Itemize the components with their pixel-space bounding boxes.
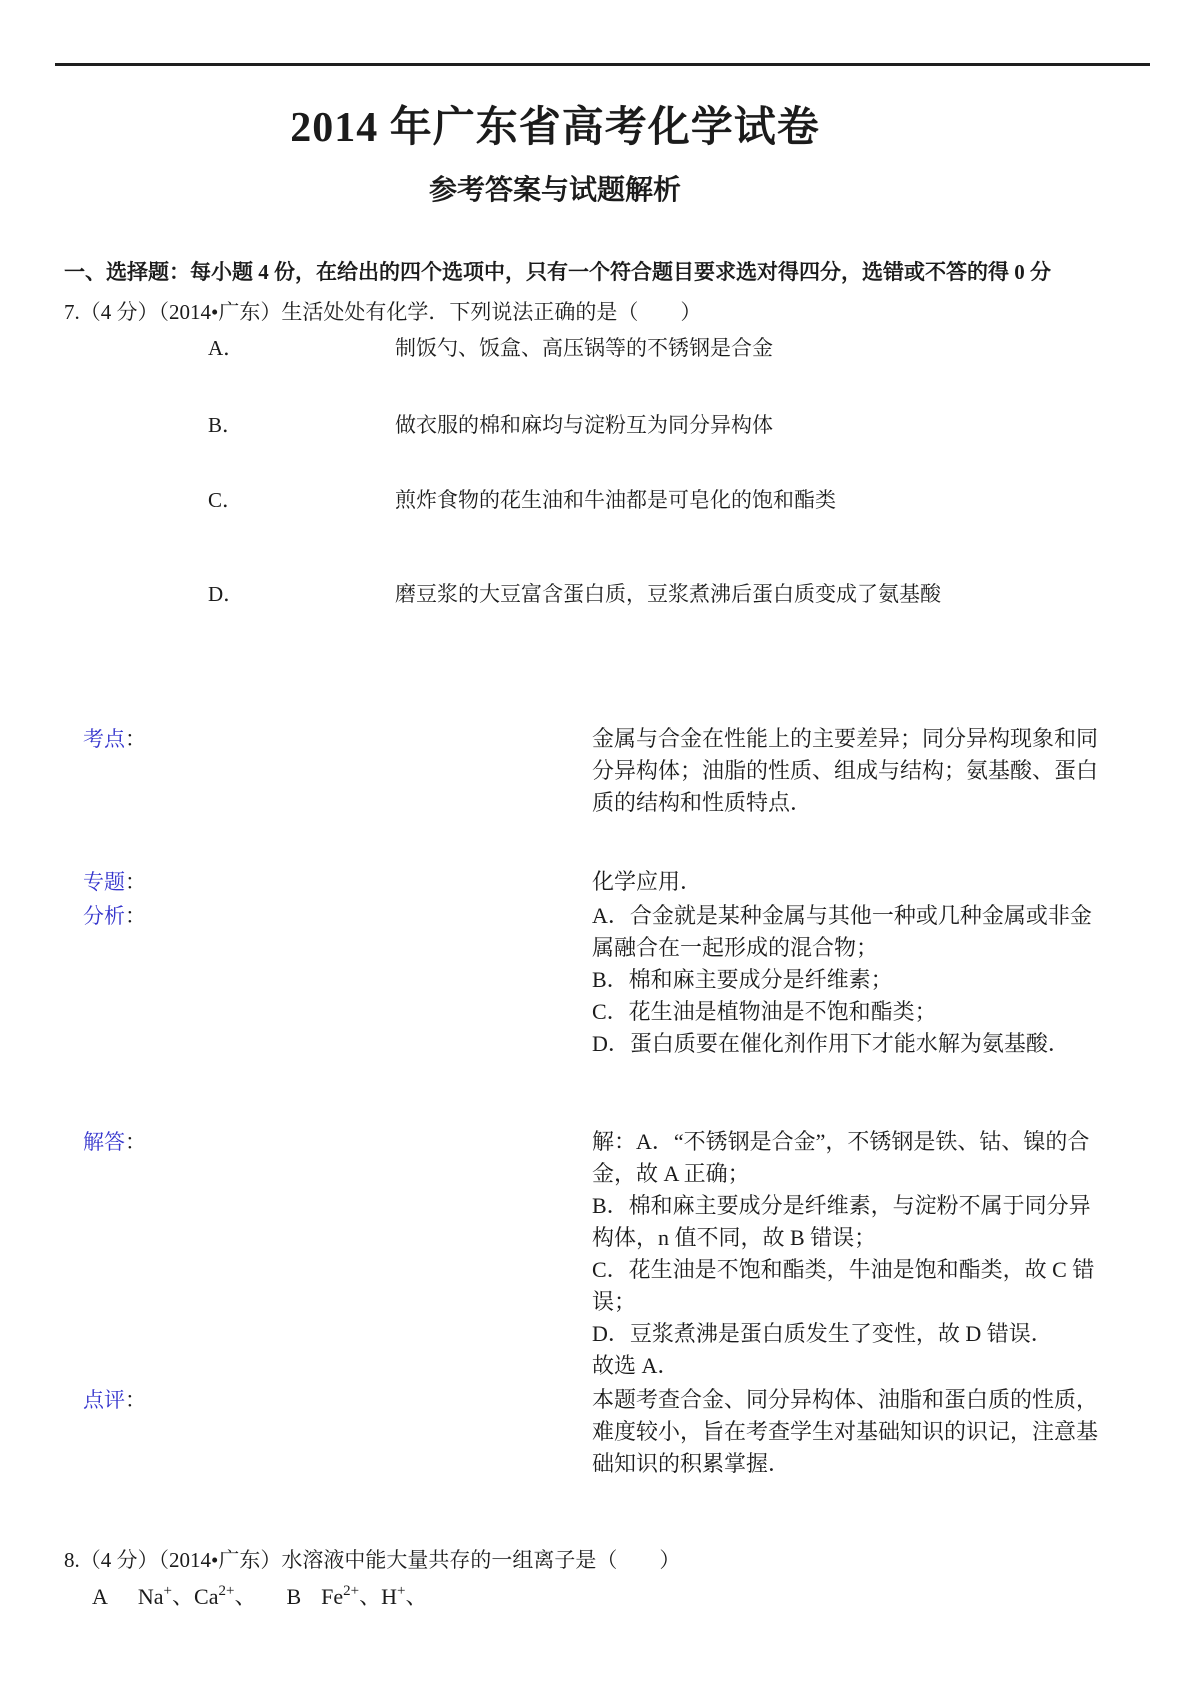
option-text: 做衣服的棉和麻均与淀粉互为同分异构体 (395, 413, 773, 437)
label-colon: ： (125, 1388, 146, 1412)
content-line: 质的结构和性质特点． (592, 787, 1172, 819)
dianping-label: 点评： (83, 1384, 146, 1414)
ion-na-charge: + (164, 1583, 172, 1599)
zhuanti-label-text: 专题 (83, 870, 125, 894)
dianping-label-text: 点评 (83, 1388, 125, 1412)
ion-h-base: H (381, 1584, 397, 1609)
content-line: 化学应用． (592, 866, 1172, 898)
question7-option-b: B．做衣服的棉和麻均与淀粉互为同分异构体 (208, 409, 773, 439)
ion-ca-charge: 2+ (218, 1583, 234, 1599)
option-letter: C． (208, 484, 395, 514)
content-line: B．棉和麻主要成分是纤维素，与淀粉不属于同分异 (592, 1190, 1172, 1222)
content-line: 故选 A． (592, 1350, 1172, 1382)
content-line: 构体，n 值不同，故 B 错误； (592, 1222, 1172, 1254)
content-line: D．豆浆煮沸是蛋白质发生了变性，故 D 错误． (592, 1318, 1172, 1350)
kaodian-content: 金属与合金在性能上的主要差异；同分异构现象和同 分异构体；油脂的性质、组成与结构… (592, 723, 1172, 819)
question7-option-a: A．制饭勺、饭盒、高压锅等的不锈钢是合金 (208, 332, 773, 362)
document-page: 2014 年广东省高考化学试卷 参考答案与试题解析 一、选择题：每小题 4 份，… (0, 0, 1200, 1698)
ion-h-charge: + (397, 1583, 405, 1599)
zhuanti-content: 化学应用． (592, 866, 1172, 898)
page-title: 2014 年广东省高考化学试卷 (0, 94, 1110, 154)
ion-fe-base: Fe (321, 1584, 343, 1609)
group-b-label: B (286, 1584, 301, 1609)
option-text: 煎炸食物的花生油和牛油都是可皂化的饱和酯类 (395, 488, 836, 512)
ideographic-comma: 、 (359, 1584, 381, 1609)
dianping-content: 本题考查合金、同分异构体、油脂和蛋白质的性质， 难度较小，旨在考查学生对基础知识… (592, 1384, 1172, 1480)
label-colon: ： (125, 904, 146, 928)
group-a-label: A (92, 1584, 108, 1609)
header-rule (55, 63, 1150, 66)
ion-ca-base: Ca (194, 1584, 218, 1609)
label-colon: ： (125, 870, 146, 894)
content-line: 本题考查合金、同分异构体、油脂和蛋白质的性质， (592, 1384, 1172, 1416)
kaodian-label: 考点： (83, 723, 146, 753)
question7-option-c: C．煎炸食物的花生油和牛油都是可皂化的饱和酯类 (208, 484, 836, 514)
option-letter: B． (208, 409, 395, 439)
question8-stem: 8.（4 分）（2014•广东）水溶液中能大量共存的一组离子是（ ） (64, 1544, 680, 1574)
question7-stem: 7.（4 分）（2014•广东）生活处处有化学．下列说法正确的是（ ） (64, 296, 701, 326)
fenxi-label: 分析： (83, 900, 146, 930)
content-line: C．花生油是不饱和酯类，牛油是饱和酯类，故 C 错 (592, 1254, 1172, 1286)
content-line: A．合金就是某种金属与其他一种或几种金属或非金 (592, 900, 1172, 932)
label-colon: ： (125, 1130, 146, 1154)
kaodian-label-text: 考点 (83, 727, 125, 751)
jieda-label-text: 解答 (83, 1130, 125, 1154)
content-line: 解：A．“不锈钢是合金”，不锈钢是铁、钴、镍的合 (592, 1126, 1172, 1158)
content-line: B．棉和麻主要成分是纤维素； (592, 964, 1172, 996)
content-line: C．花生油是植物油是不饱和酯类； (592, 996, 1172, 1028)
ion-na-base: Na (138, 1584, 164, 1609)
content-line: 误； (592, 1286, 1172, 1318)
option-text: 制饭勺、饭盒、高压锅等的不锈钢是合金 (395, 336, 773, 360)
ideographic-comma: 、 (172, 1584, 194, 1609)
content-line: 础知识的积累掌握． (592, 1448, 1172, 1480)
content-line: 金属与合金在性能上的主要差异；同分异构现象和同 (592, 723, 1172, 755)
question7-option-d: D．磨豆浆的大豆富含蛋白质，豆浆煮沸后蛋白质变成了氨基酸 (208, 578, 941, 608)
label-colon: ： (125, 727, 146, 751)
jieda-label: 解答： (83, 1126, 146, 1156)
content-line: 难度较小，旨在考查学生对基础知识的识记，注意基 (592, 1416, 1172, 1448)
content-line: D．蛋白质要在催化剂作用下才能水解为氨基酸． (592, 1028, 1172, 1060)
ion-fe-charge: 2+ (343, 1583, 359, 1599)
page-subtitle: 参考答案与试题解析 (0, 168, 1110, 208)
fenxi-content: A．合金就是某种金属与其他一种或几种金属或非金 属融合在一起形成的混合物； B．… (592, 900, 1172, 1060)
ideographic-comma: 、 (406, 1584, 428, 1609)
fenxi-label-text: 分析 (83, 904, 125, 928)
option-text: 磨豆浆的大豆富含蛋白质，豆浆煮沸后蛋白质变成了氨基酸 (395, 582, 941, 606)
question8-ion-line: ANa+、Ca2+、BFe2+、H+、 (92, 1580, 428, 1611)
ideographic-comma: 、 (234, 1584, 256, 1609)
content-line: 金，故 A 正确； (592, 1158, 1172, 1190)
option-letter: D． (208, 578, 395, 608)
content-line: 属融合在一起形成的混合物； (592, 932, 1172, 964)
option-letter: A． (208, 332, 395, 362)
zhuanti-label: 专题： (83, 866, 146, 896)
content-line: 分异构体；油脂的性质、组成与结构；氨基酸、蛋白 (592, 755, 1172, 787)
jieda-content: 解：A．“不锈钢是合金”，不锈钢是铁、钴、镍的合 金，故 A 正确； B．棉和麻… (592, 1126, 1172, 1382)
section-heading: 一、选择题：每小题 4 份，在给出的四个选项中，只有一个符合题目要求选对得四分，… (64, 256, 1051, 286)
